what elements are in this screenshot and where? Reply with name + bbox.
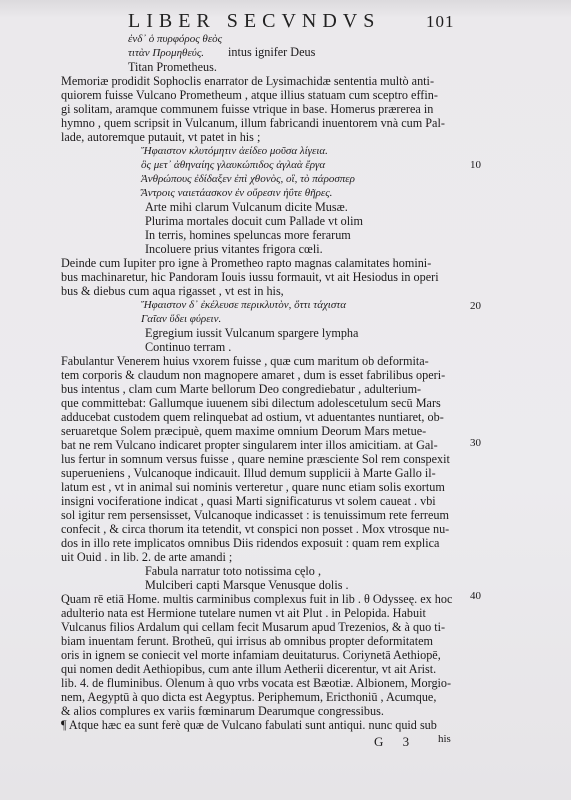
text-line: Quam rē etiā Home. multis carminibus com… bbox=[61, 592, 452, 606]
latin-verse-line: Incoluere prius vitantes frigora cœli. bbox=[145, 242, 323, 256]
text-line: lus fertur in somnum versus fuisse , qua… bbox=[61, 452, 450, 466]
greek-verse-line: ἐνδ᾽ ὁ πυρφόρος θεὸς bbox=[128, 32, 222, 46]
text-line: biam inuentam ferunt. Brotheū, qui irris… bbox=[61, 634, 433, 648]
text-line: seruaretque Solem præcipuè, quem maxime … bbox=[61, 424, 426, 438]
latin-verse-line: Fabula narratur toto notissima cęlo , bbox=[145, 564, 321, 578]
latin-verse-line: Mulciberi capti Marsque Venusque dolis . bbox=[145, 578, 349, 592]
text-line: bus & diebus cum aqua rigasset , vt est … bbox=[61, 284, 284, 298]
greek-verse-line: ὃς μετ᾽ ἀθηναίης γλαυκώπιδος ἀγλαὰ ἔργα bbox=[141, 158, 325, 172]
latin-verse-line: Plurima mortales docuit cum Pallade vt o… bbox=[145, 214, 363, 228]
greek-verse-line: Ἄντροις ναιετάασκον ἐν οὔρεσιν ἠΰτε θῆρε… bbox=[141, 186, 332, 200]
greek-verse-line: Ἀνθρώπους ἐδίδαξεν ἐπὶ χθονὸς, οἳ, τὸ πά… bbox=[141, 172, 355, 186]
text-line: oris in ignem se coniecit vel morte infa… bbox=[61, 648, 441, 662]
text-line: Fabulantur Venerem huius vxorem fuisse ,… bbox=[61, 354, 429, 368]
greek-verse-line: Γαῖαν ὕδει φύρειν. bbox=[141, 312, 221, 326]
text-line: ¶ Atque hæc ea sunt ferè quæ de Vulcano … bbox=[61, 718, 437, 732]
text-line: gi solitam, aramque communem fuisse vtri… bbox=[61, 102, 433, 116]
text-line: hymno , quem scripsit in Vulcanum, illum… bbox=[61, 116, 445, 130]
line-number: 10 bbox=[470, 159, 481, 171]
text-line: adulterio nata est Hermione tutelare num… bbox=[61, 606, 426, 620]
line-number: 20 bbox=[470, 300, 481, 312]
text-line: & alios complures ex variis fœminarum De… bbox=[61, 704, 384, 718]
latin-verse-line: Arte mihi clarum Vulcanum dicite Musæ. bbox=[145, 200, 348, 214]
greek-verse-line: τιτὰν Προμηθεύς. bbox=[128, 46, 204, 60]
text-line: latum est , vt in animal sui nominis ver… bbox=[61, 480, 445, 494]
line-number: 40 bbox=[470, 590, 481, 602]
latin-verse-line: Egregium iussit Vulcanum spargere lympha bbox=[145, 326, 358, 340]
text-line: bus intentus , clam cum Marte bellorum D… bbox=[61, 382, 421, 396]
signature-mark: G 3 bbox=[374, 734, 417, 750]
greek-verse-line: Ἥφαιστον δ᾽ ἐκέλευσε περικλυτὸν, ὅττι τά… bbox=[141, 298, 346, 312]
text-line: bat ne rem Vulcano indicaret propter sin… bbox=[61, 438, 438, 452]
text-line: insigni vociferatione indicat , quasi Ma… bbox=[61, 494, 436, 508]
text-line: Memoriæ prodidit Sophoclis enarrator de … bbox=[61, 74, 434, 88]
text-line: que committebat: Gallumque iuuenem sibi … bbox=[61, 396, 441, 410]
greek-verse-line: Ἥφαιστον κλυτόμητιν ἀείδεο μοῦσα λίγεια. bbox=[141, 144, 328, 158]
text-line: sol igitur rem persensisset, Vulcanoque … bbox=[61, 508, 449, 522]
latin-verse-line: Continuo terram . bbox=[145, 340, 231, 354]
latin-verse-line: In terris, homines speluncas more feraru… bbox=[145, 228, 351, 242]
text-line: lade, autoremque putauit, vt patet in hi… bbox=[61, 130, 260, 144]
running-title: LIBER SECVNDVS bbox=[128, 10, 458, 32]
latin-translation-line: intus ignifer Deus bbox=[228, 45, 315, 60]
line-number: 30 bbox=[470, 437, 481, 449]
text-line: superueniens , Vulcanoque indicauit. Ill… bbox=[61, 466, 436, 480]
text-line: adducebat custodem quem relinquebat ad o… bbox=[61, 410, 444, 424]
latin-translation-line: Titan Prometheus. bbox=[128, 60, 217, 74]
catchword: his bbox=[438, 733, 451, 745]
text-line: bus machinaretur, hic Pandoram Iouis ius… bbox=[61, 270, 439, 284]
page-number: 101 bbox=[426, 12, 455, 32]
text-line: qui nomen dedit Aethiopibus, cum ante il… bbox=[61, 662, 436, 676]
text-line: Vulcanus filios Ardalum qui cellam fecit… bbox=[61, 620, 445, 634]
text-line: nem, Aegyptū à quo dicta est Aegyptus. P… bbox=[61, 690, 436, 704]
text-line: dos in illo rete implicatos omnibus Diis… bbox=[61, 536, 439, 550]
text-line: Deinde cum Iupiter pro igne à Prometheo … bbox=[61, 256, 431, 270]
text-line: lib. 4. de fluminibus. Olenum à quo vrbs… bbox=[61, 676, 451, 690]
text-line: tem corporis & claudum non magnopere ama… bbox=[61, 368, 445, 382]
text-line: quiorem fuisse Vulcano Prometheum , atqu… bbox=[61, 88, 438, 102]
text-line: uit Ouid . in lib. 2. de arte amandi ; bbox=[61, 550, 232, 564]
text-line: confecit , & circa thorum ita tetendit, … bbox=[61, 522, 449, 536]
book-page: LIBER SECVNDVS 101 ἐνδ᾽ ὁ πυρφόρος θεὸς … bbox=[0, 0, 571, 800]
